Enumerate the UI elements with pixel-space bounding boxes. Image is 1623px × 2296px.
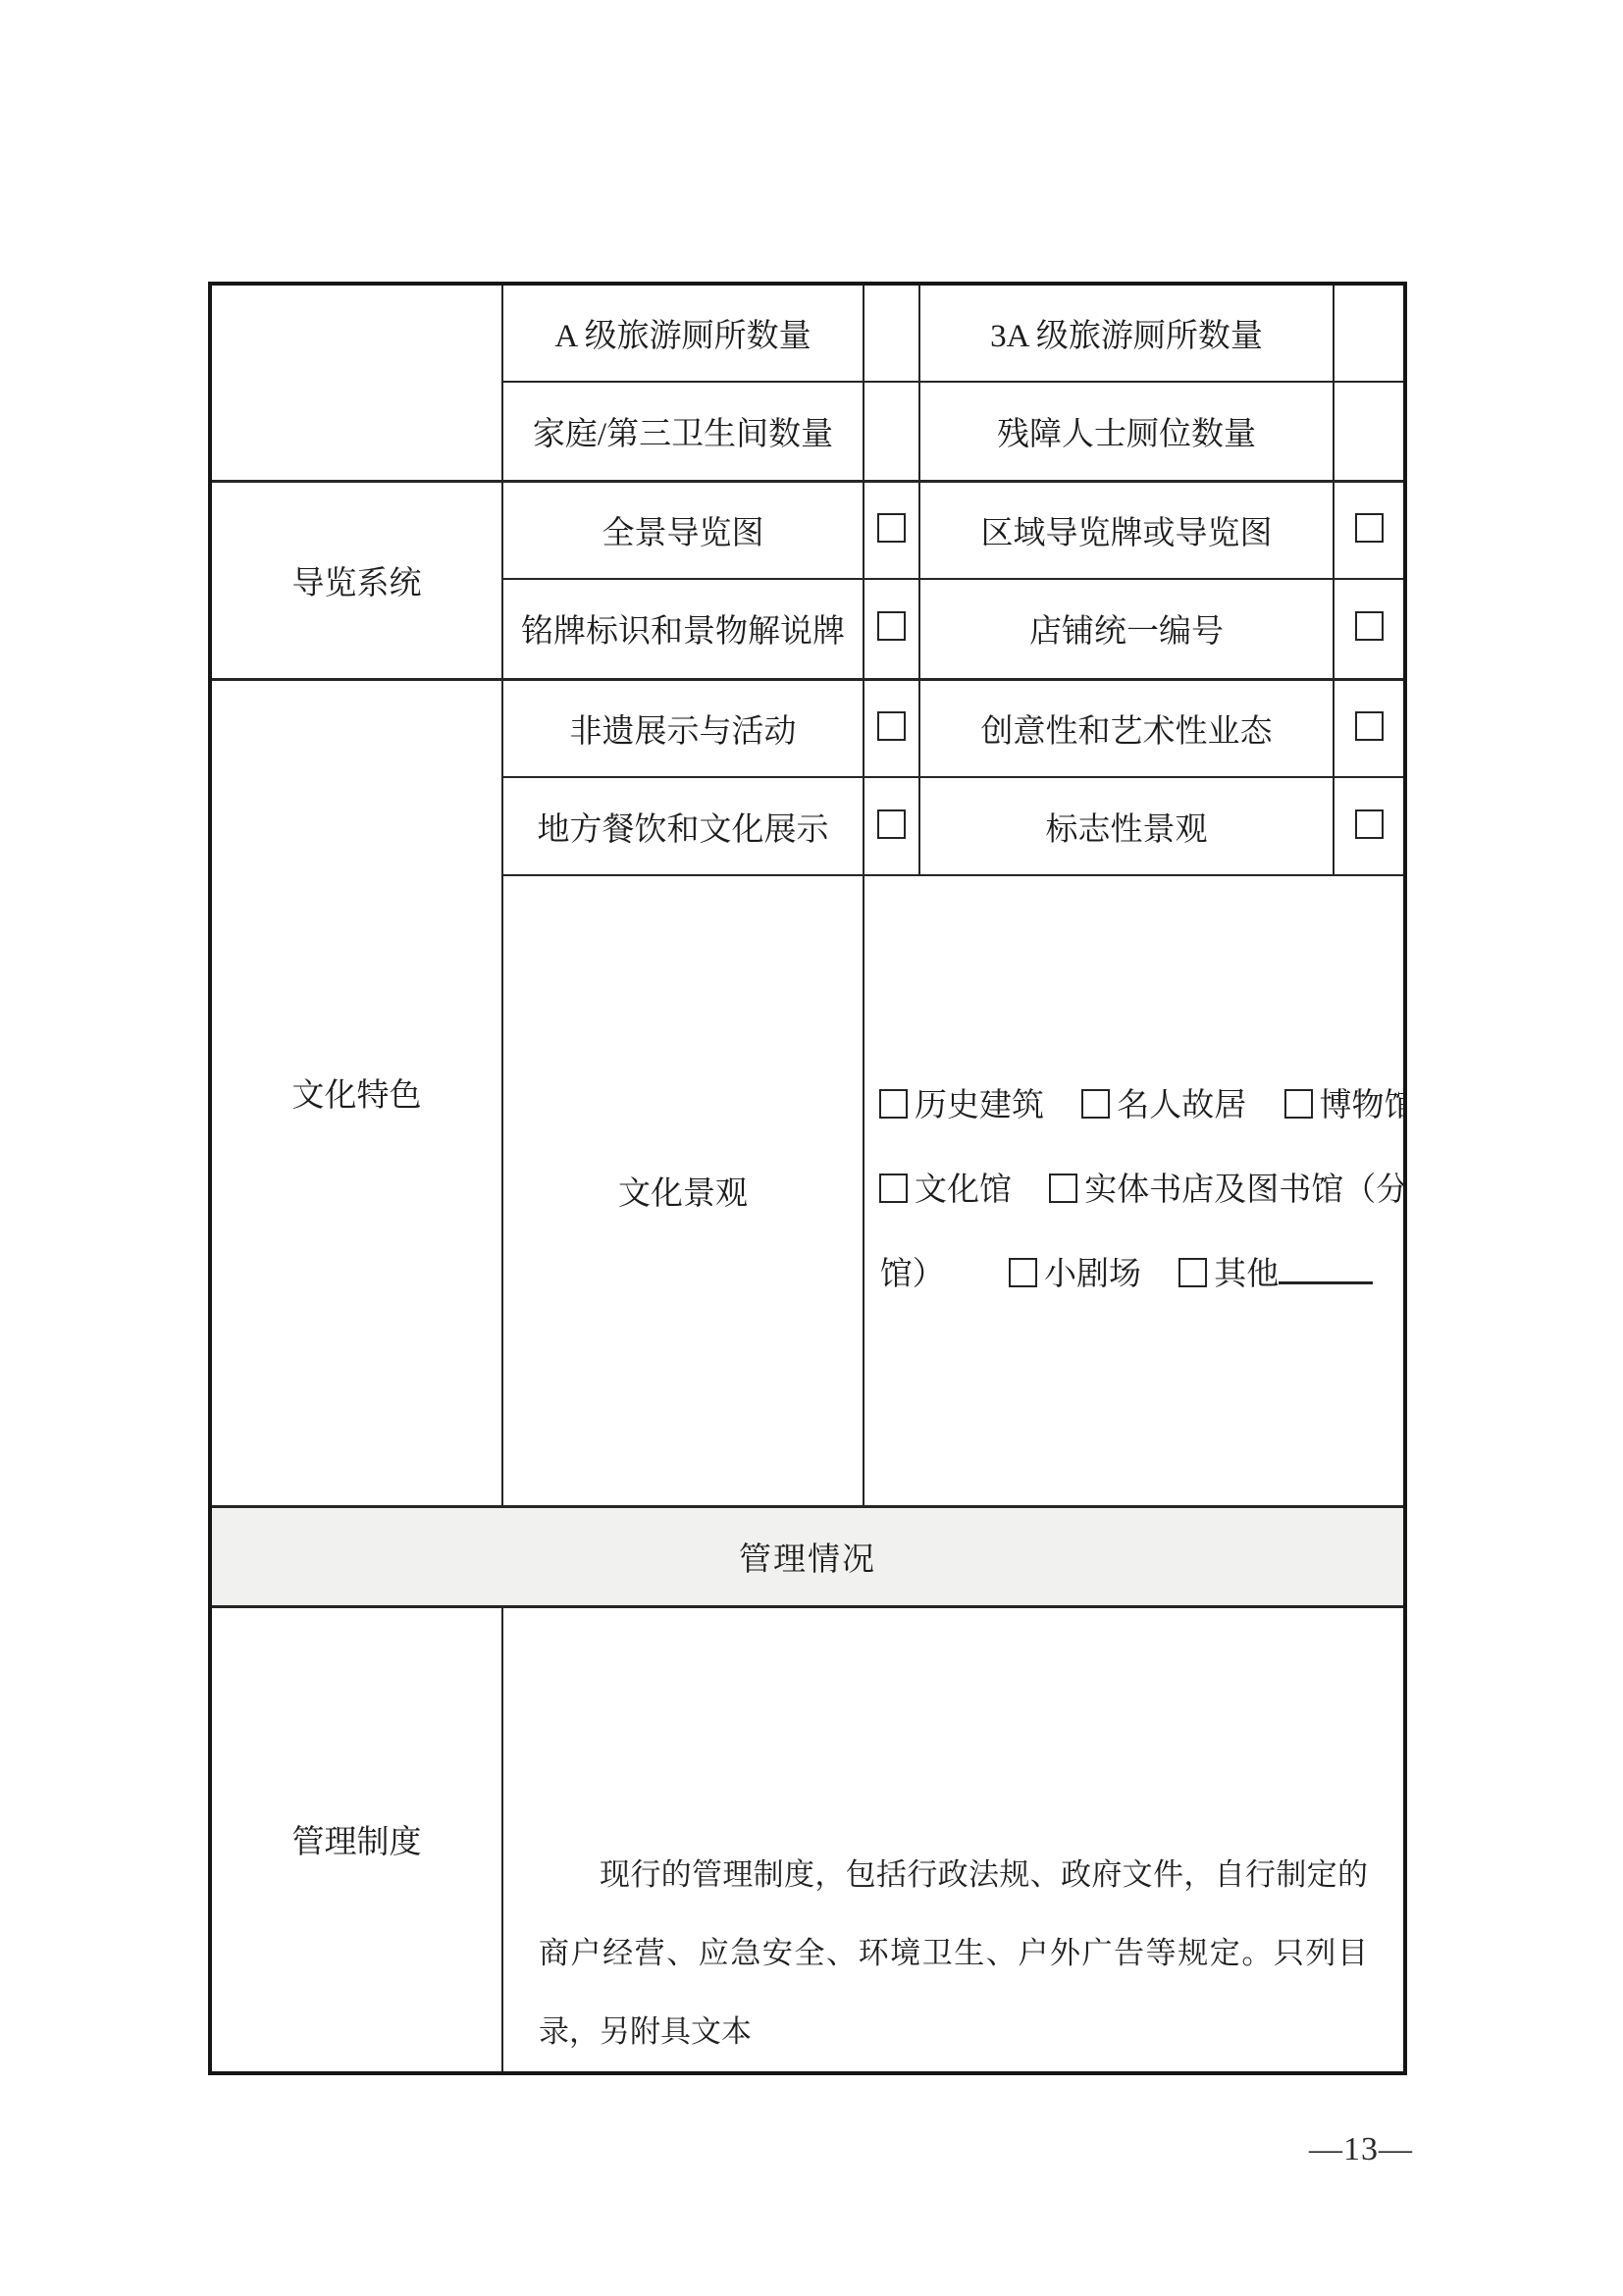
row-group-header-guide-system: 导览系统 [210, 481, 502, 679]
landmark-scenery-label: 标志性景观 [919, 777, 1334, 875]
checkbox-icon [1355, 513, 1384, 543]
creative-art-business-checkbox-cell [1334, 679, 1405, 777]
shop-number-checkbox-cell [1334, 579, 1405, 679]
option-label: 博物馆 [1320, 1088, 1406, 1123]
checkbox-icon [877, 611, 906, 641]
panorama-map-label: 全景导览图 [502, 481, 864, 579]
management-system-description: 现行的管理制度，包括行政法规、政府文件，自行制定的商户经营、应急安全、环境卫生、… [503, 1836, 1403, 2071]
intangible-heritage-checkbox-cell [864, 679, 919, 777]
checkbox-icon [877, 711, 906, 741]
plaque-sign-checkbox-cell [864, 579, 919, 679]
row-toilets-1: A 级旅游厕所数量 3A 级旅游厕所数量 [210, 284, 1405, 382]
management-system-label: 管理制度 [210, 1606, 502, 2073]
checkbox-icon [1355, 809, 1384, 839]
local-food-culture-label: 地方餐饮和文化展示 [502, 777, 864, 875]
page-number: —13— [1309, 2131, 1413, 2168]
row-management-system: 管理制度 现行的管理制度，包括行政法规、政府文件，自行制定的商户经营、应急安全、… [210, 1606, 1405, 2073]
checkbox-icon [879, 1089, 908, 1119]
a-level-toilet-count-value-cell [864, 284, 919, 382]
option-cultural-center: 文化馆 [879, 1173, 1012, 1208]
cultural-landscape-options-line-3: 馆） 小剧场 其他 [864, 1232, 1403, 1317]
fill-in-blank [1279, 1277, 1373, 1284]
option-label: 名人故居 [1117, 1088, 1246, 1123]
checkbox-icon [877, 513, 906, 543]
option-bookstore-library: 实体书店及图书馆（分 [1049, 1173, 1405, 1208]
evaluation-form-table: A 级旅游厕所数量 3A 级旅游厕所数量 家庭/第三卫生间数量 残障人士厕位数量… [208, 282, 1407, 2075]
creative-art-business-label: 创意性和艺术性业态 [919, 679, 1334, 777]
family-restroom-count-label: 家庭/第三卫生间数量 [502, 382, 864, 481]
disabled-toilet-count-label: 残障人士厕位数量 [919, 382, 1334, 481]
checkbox-icon [879, 1174, 908, 1203]
row-group-header-culture: 文化特色 [210, 679, 502, 1506]
row-guide-system-1: 导览系统 全景导览图 区域导览牌或导览图 [210, 481, 1405, 579]
option-small-theater: 小剧场 [1009, 1257, 1141, 1292]
3a-level-toilet-count-value-cell [1334, 284, 1405, 382]
cultural-landscape-options-cell: 历史建筑 名人故居 博物馆 文化馆 实体书店及图书馆（分 馆） 小剧场 其他 [864, 875, 1405, 1506]
regional-guide-sign-checkbox-cell [1334, 481, 1405, 579]
document-page: A 级旅游厕所数量 3A 级旅游厕所数量 家庭/第三卫生间数量 残障人士厕位数量… [0, 0, 1623, 2296]
checkbox-icon [1284, 1089, 1313, 1119]
family-restroom-count-value-cell [864, 382, 919, 481]
plaque-sign-label: 铭牌标识和景物解说牌 [502, 579, 864, 679]
option-label: 文化馆 [915, 1173, 1012, 1208]
regional-guide-sign-label: 区域导览牌或导览图 [919, 481, 1334, 579]
panorama-map-checkbox-cell [864, 481, 919, 579]
landmark-scenery-checkbox-cell [1334, 777, 1405, 875]
option-historic-building: 历史建筑 [879, 1088, 1044, 1123]
checkbox-icon [877, 809, 906, 839]
row-group-header-empty [210, 284, 502, 481]
disabled-toilet-count-value-cell [1334, 382, 1405, 481]
checkbox-icon [1009, 1258, 1037, 1287]
cultural-landscape-options-line-1: 历史建筑 名人故居 博物馆 [864, 1064, 1403, 1148]
management-section-header: 管理情况 [210, 1506, 1405, 1606]
option-label: 其他 [1214, 1257, 1279, 1292]
checkbox-icon [1049, 1174, 1077, 1203]
row-culture-1: 文化特色 非遗展示与活动 创意性和艺术性业态 [210, 679, 1405, 777]
shop-number-label: 店铺统一编号 [919, 579, 1334, 679]
checkbox-icon [1355, 611, 1384, 641]
checkbox-icon [1355, 711, 1384, 741]
3a-level-toilet-count-label: 3A 级旅游厕所数量 [919, 284, 1334, 382]
checkbox-icon [1081, 1089, 1110, 1119]
a-level-toilet-count-label: A 级旅游厕所数量 [502, 284, 864, 382]
local-food-culture-checkbox-cell [864, 777, 919, 875]
cultural-landscape-label: 文化景观 [502, 875, 864, 1506]
management-system-description-cell: 现行的管理制度，包括行政法规、政府文件，自行制定的商户经营、应急安全、环境卫生、… [502, 1606, 1405, 2073]
option-label: 实体书店及图书馆（分 [1084, 1173, 1405, 1208]
option-celebrity-residence: 名人故居 [1081, 1088, 1246, 1123]
cultural-landscape-options-line-2: 文化馆 实体书店及图书馆（分 [864, 1148, 1403, 1232]
intangible-heritage-label: 非遗展示与活动 [502, 679, 864, 777]
option-other: 其他 [1178, 1257, 1373, 1292]
row-management-section: 管理情况 [210, 1506, 1405, 1606]
checkbox-icon [1178, 1258, 1207, 1287]
option-museum: 博物馆 [1284, 1088, 1406, 1123]
option-label: 小剧场 [1044, 1257, 1141, 1292]
option-label: 历史建筑 [915, 1088, 1044, 1123]
option-wrap-text: 馆） [880, 1257, 945, 1292]
